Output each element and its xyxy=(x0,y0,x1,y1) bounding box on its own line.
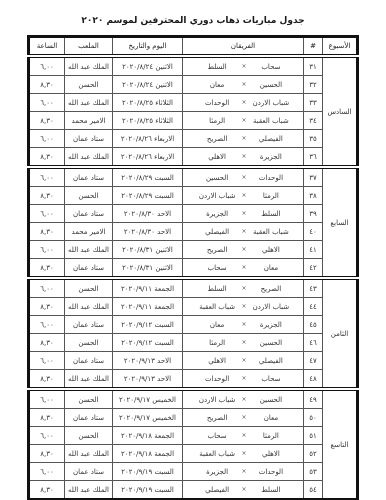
match-time: ٨,٣٠ xyxy=(29,298,65,316)
page-title: جدول مباريات ذهاب دوري المحترفين لموسم ٢… xyxy=(0,16,386,26)
home-team: شباب الاردن xyxy=(249,99,293,107)
match-stadium: ستاد عمان xyxy=(65,316,113,334)
table-row: ٣٩ السلط×الجزيرة الاحد ٢٠٢٠/٨/٣٠ ستاد عم… xyxy=(29,205,358,223)
match-teams: الحسين×شباب الاردن xyxy=(183,389,304,409)
table-row: ٤٦ الحسين×الرمثا السبت ٢٠٢٠/٩/١٢ الحسن ٨… xyxy=(29,334,358,352)
away-team: سحاب xyxy=(195,432,239,440)
header-date: اليوم والتاريخ xyxy=(113,37,183,57)
match-date: السبت ٢٠٢٠/٩/١٢ xyxy=(113,316,183,334)
match-time: ٨,٣٠ xyxy=(29,481,65,500)
match-date: الاربعاء ٢٠٢٠/٨/٢٦ xyxy=(113,148,183,168)
match-teams: شباب العقبة×الفيصلي xyxy=(183,223,304,241)
vs-symbol: × xyxy=(239,99,249,106)
match-stadium: الحسن xyxy=(65,427,113,445)
home-team: الوحدات xyxy=(249,468,293,476)
match-date: الاربعاء ٢٠٢٠/٨/٢٦ xyxy=(113,130,183,148)
match-teams: الرمثا×سحاب xyxy=(183,427,304,445)
home-team: الفيصلي xyxy=(249,357,293,365)
table-row: ٣٤ شباب العقبة×الرمثا الثلاثاء ٢٠٢٠/٨/٢٥… xyxy=(29,112,358,130)
home-team: الحسين xyxy=(249,339,293,347)
match-stadium: ستاد عمان xyxy=(65,130,113,148)
match-teams: السلط×الجزيرة xyxy=(183,205,304,223)
match-time: ٨,٣٠ xyxy=(29,370,65,390)
match-time: ٨,٣٠ xyxy=(29,334,65,352)
match-stadium: الملك عبد الله xyxy=(65,298,113,316)
home-team: السلط xyxy=(249,210,293,218)
match-number: ٣٤ xyxy=(304,112,323,130)
vs-symbol: × xyxy=(239,63,249,70)
table-row: ٣٨ الرمثا×شباب الاردن السبت ٢٠٢٠/٨/٢٩ ال… xyxy=(29,187,358,205)
home-team: الرمثا xyxy=(249,192,293,200)
match-number: ٥٤ xyxy=(304,481,323,500)
vs-symbol: × xyxy=(239,339,249,346)
table-row: ٤٠ شباب العقبة×الفيصلي الاحد ٢٠٢٠/٨/٣٠ ا… xyxy=(29,223,358,241)
vs-symbol: × xyxy=(239,228,249,235)
table-row: ٤٨ سحاب×الوحدات الاحد ٢٠٢٠/٩/١٣ الملك عب… xyxy=(29,370,358,390)
match-teams: الاهلي×الصريح xyxy=(183,241,304,259)
match-time: ٦,٠٠ xyxy=(29,130,65,148)
table-row: ٤٢ معان×سحاب الاثنين ٢٠٢٠/٨/٣١ ستاد عمان… xyxy=(29,259,358,279)
match-stadium: ستاد عمان xyxy=(65,352,113,370)
match-date: الجمعة ٢٠٢٠/٩/١١ xyxy=(113,278,183,298)
away-team: معان xyxy=(195,81,239,89)
away-team: الجزيرة xyxy=(195,468,239,476)
match-teams: الجزيرة×معان xyxy=(183,316,304,334)
match-number: ٤٠ xyxy=(304,223,323,241)
match-stadium: الحسن xyxy=(65,389,113,409)
vs-symbol: × xyxy=(239,135,249,142)
match-number: ٣٨ xyxy=(304,187,323,205)
match-time: ٨,٣٠ xyxy=(29,445,65,463)
match-date: الثلاثاء ٢٠٢٠/٨/٢٥ xyxy=(113,94,183,112)
match-teams: شباب الاردن×شباب العقبة xyxy=(183,298,304,316)
vs-symbol: × xyxy=(239,375,249,382)
match-stadium: الحسن xyxy=(65,278,113,298)
table-row: ٥٠ معان×الصريح الخميس ٢٠٢٠/٩/١٧ ستاد عما… xyxy=(29,409,358,427)
match-stadium: ستاد عمان xyxy=(65,409,113,427)
away-team: شباب الاردن xyxy=(195,192,239,200)
match-teams: سحاب×السلط xyxy=(183,56,304,76)
vs-symbol: × xyxy=(239,192,249,199)
match-time: ٨,٣٠ xyxy=(29,76,65,94)
away-team: الرمثا xyxy=(195,117,239,125)
match-time: ٦,٠٠ xyxy=(29,427,65,445)
away-team: الصريح xyxy=(195,135,239,143)
match-number: ٣٢ xyxy=(304,76,323,94)
match-number: ٤١ xyxy=(304,241,323,259)
week-group-ninth: التاسع ٤٩ الحسين×شباب الاردن الخميس ٢٠٢٠… xyxy=(29,389,358,500)
match-date: الخميس ٢٠٢٠/٩/١٧ xyxy=(113,409,183,427)
header-stadium: الملعب xyxy=(65,37,113,57)
match-time: ٨,٣٠ xyxy=(29,187,65,205)
vs-symbol: × xyxy=(239,450,249,457)
match-time: ٦,٠٠ xyxy=(29,56,65,76)
match-date: الخميس ٢٠٢٠/٩/١٧ xyxy=(113,389,183,409)
match-date: الاحد ٢٠٢٠/٨/٣٠ xyxy=(113,223,183,241)
match-time: ٦,٠٠ xyxy=(29,94,65,112)
match-date: الاحد ٢٠٢٠/٨/٣٠ xyxy=(113,205,183,223)
away-team: شباب العقبة xyxy=(195,450,239,458)
header-time: الساعة xyxy=(29,37,65,57)
week-label: التاسع xyxy=(323,389,358,500)
match-date: السبت ٢٠٢٠/٨/٢٩ xyxy=(113,167,183,187)
away-team: الصريح xyxy=(195,246,239,254)
match-time: ٦,٠٠ xyxy=(29,389,65,409)
match-number: ٤٤ xyxy=(304,298,323,316)
match-date: السبت ٢٠٢٠/٩/١٢ xyxy=(113,334,183,352)
away-team: الصريح xyxy=(195,414,239,422)
match-number: ٣٣ xyxy=(304,94,323,112)
home-team: الحسين xyxy=(249,396,293,404)
vs-symbol: × xyxy=(239,414,249,421)
match-date: السبت ٢٠٢٠/٩/١٩ xyxy=(113,463,183,481)
match-time: ٦,٠٠ xyxy=(29,278,65,298)
match-number: ٤٥ xyxy=(304,316,323,334)
match-stadium: الملك عبد الله xyxy=(65,445,113,463)
match-date: الاحد ٢٠٢٠/٩/١٣ xyxy=(113,370,183,390)
match-time: ٨,٣٠ xyxy=(29,112,65,130)
match-teams: شباب الاردن×الوحدات xyxy=(183,94,304,112)
home-team: شباب العقبة xyxy=(249,228,293,236)
home-team: الجزيرة xyxy=(249,321,293,329)
vs-symbol: × xyxy=(239,357,249,364)
table-row: ٥٢ الاهلي×شباب العقبة الجمعة ٢٠٢٠/٩/١٨ ا… xyxy=(29,445,358,463)
match-teams: الوحدات×الحسين xyxy=(183,167,304,187)
match-teams: الرمثا×شباب الاردن xyxy=(183,187,304,205)
match-time: ٨,٣٠ xyxy=(29,148,65,168)
home-team: الوحدات xyxy=(249,174,293,182)
away-team: الحسين xyxy=(195,174,239,182)
home-team: شباب الاردن xyxy=(249,303,293,311)
away-team: معان xyxy=(195,321,239,329)
header-week: الأسبوع xyxy=(323,37,358,57)
match-time: ٨,٣٠ xyxy=(29,223,65,241)
home-team: معان xyxy=(249,414,293,422)
match-teams: الحسين×معان xyxy=(183,76,304,94)
match-date: الجمعة ٢٠٢٠/٩/١٨ xyxy=(113,427,183,445)
table-row: السادس ٣١ سحاب×السلط الاثنين ٢٠٢٠/٨/٢٤ ا… xyxy=(29,56,358,76)
table-row: ٣٥ الفيصلي×الصريح الاربعاء ٢٠٢٠/٨/٢٦ ستا… xyxy=(29,130,358,148)
match-stadium: الملك عبد الله xyxy=(65,370,113,390)
match-teams: الجزيرة×الاهلي xyxy=(183,148,304,168)
match-number: ٥٠ xyxy=(304,409,323,427)
table-row: السابع ٣٧ الوحدات×الحسين السبت ٢٠٢٠/٨/٢٩… xyxy=(29,167,358,187)
match-number: ٥٢ xyxy=(304,445,323,463)
header-number: # xyxy=(304,37,323,57)
home-team: سحاب xyxy=(249,375,293,383)
match-number: ٤٨ xyxy=(304,370,323,390)
vs-symbol: × xyxy=(239,321,249,328)
week-label: السابع xyxy=(323,167,358,278)
away-team: شباب العقبة xyxy=(195,303,239,311)
table-row: ٣٦ الجزيرة×الاهلي الاربعاء ٢٠٢٠/٨/٢٦ الم… xyxy=(29,148,358,168)
vs-symbol: × xyxy=(239,174,249,181)
home-team: السلط xyxy=(249,486,293,494)
match-teams: الصريح×السلط xyxy=(183,278,304,298)
match-date: الاثنين ٢٠٢٠/٨/٢٤ xyxy=(113,56,183,76)
match-teams: الوحدات×الجزيرة xyxy=(183,463,304,481)
home-team: الرمثا xyxy=(249,432,293,440)
table-row: التاسع ٤٩ الحسين×شباب الاردن الخميس ٢٠٢٠… xyxy=(29,389,358,409)
away-team: الوحدات xyxy=(195,375,239,383)
week-label: السادس xyxy=(323,56,358,167)
match-teams: الفيصلي×الصريح xyxy=(183,130,304,148)
vs-symbol: × xyxy=(239,264,249,271)
match-stadium: الملك عبد الله xyxy=(65,241,113,259)
match-number: ٤٢ xyxy=(304,259,323,279)
home-team: الاهلي xyxy=(249,450,293,458)
match-number: ٤٦ xyxy=(304,334,323,352)
vs-symbol: × xyxy=(239,246,249,253)
away-team: الاهلي xyxy=(195,153,239,161)
match-stadium: ستاد عمان xyxy=(65,259,113,279)
home-team: الحسين xyxy=(249,81,293,89)
home-team: الجزيرة xyxy=(249,153,293,161)
match-date: الثلاثاء ٢٠٢٠/٨/٢٥ xyxy=(113,112,183,130)
match-teams: السلط×الفيصلي xyxy=(183,481,304,500)
header-teams: الفريقان xyxy=(183,37,304,57)
match-teams: معان×سحاب xyxy=(183,259,304,279)
home-team: معان xyxy=(249,264,293,272)
vs-symbol: × xyxy=(239,117,249,124)
away-team: شباب الاردن xyxy=(195,396,239,404)
home-team: سحاب xyxy=(249,63,293,71)
match-date: السبت ٢٠٢٠/٩/١٩ xyxy=(113,481,183,500)
vs-symbol: × xyxy=(239,153,249,160)
table-row: ٤٧ الفيصلي×الاهلي الاحد ٢٠٢٠/٩/١٣ ستاد ع… xyxy=(29,352,358,370)
vs-symbol: × xyxy=(239,210,249,217)
away-team: الاهلي xyxy=(195,357,239,365)
match-number: ٤٩ xyxy=(304,389,323,409)
match-teams: معان×الصريح xyxy=(183,409,304,427)
home-team: الاهلي xyxy=(249,246,293,254)
match-date: الاثنين ٢٠٢٠/٨/٣١ xyxy=(113,259,183,279)
table-row: ٥٤ السلط×الفيصلي السبت ٢٠٢٠/٩/١٩ الملك ع… xyxy=(29,481,358,500)
match-time: ٦,٠٠ xyxy=(29,205,65,223)
match-stadium: الملك عبد الله xyxy=(65,481,113,500)
match-stadium: الامير محمد xyxy=(65,223,113,241)
match-number: ٣٦ xyxy=(304,148,323,168)
table-row: ٣٣ شباب الاردن×الوحدات الثلاثاء ٢٠٢٠/٨/٢… xyxy=(29,94,358,112)
away-team: سحاب xyxy=(195,264,239,272)
week-group-seventh: السابع ٣٧ الوحدات×الحسين السبت ٢٠٢٠/٨/٢٩… xyxy=(29,167,358,278)
vs-symbol: × xyxy=(239,432,249,439)
vs-symbol: × xyxy=(239,303,249,310)
table-row: ٤٤ شباب الاردن×شباب العقبة الجمعة ٢٠٢٠/٩… xyxy=(29,298,358,316)
match-teams: الفيصلي×الاهلي xyxy=(183,352,304,370)
away-team: الرمثا xyxy=(195,339,239,347)
match-time: ٦,٠٠ xyxy=(29,167,65,187)
away-team: السلط xyxy=(195,285,239,293)
match-number: ٥٣ xyxy=(304,463,323,481)
vs-symbol: × xyxy=(239,81,249,88)
away-team: الفيصلي xyxy=(195,228,239,236)
match-stadium: ستاد عمان xyxy=(65,167,113,187)
match-stadium: الملك عبد الله xyxy=(65,94,113,112)
match-stadium: الحسن xyxy=(65,334,113,352)
match-number: ٣٩ xyxy=(304,205,323,223)
match-date: الاحد ٢٠٢٠/٩/١٣ xyxy=(113,352,183,370)
match-stadium: الامير محمد xyxy=(65,112,113,130)
match-number: ٣١ xyxy=(304,56,323,76)
match-stadium: ستاد عمان xyxy=(65,205,113,223)
match-date: الجمعة ٢٠٢٠/٩/١١ xyxy=(113,298,183,316)
match-date: الاثنين ٢٠٢٠/٨/٢٤ xyxy=(113,76,183,94)
vs-symbol: × xyxy=(239,468,249,475)
away-team: الفيصلي xyxy=(195,486,239,494)
match-number: ٣٧ xyxy=(304,167,323,187)
match-date: السبت ٢٠٢٠/٨/٢٩ xyxy=(113,187,183,205)
match-teams: الاهلي×شباب العقبة xyxy=(183,445,304,463)
table-row: ٤٥ الجزيرة×معان السبت ٢٠٢٠/٩/١٢ ستاد عما… xyxy=(29,316,358,334)
match-teams: سحاب×الوحدات xyxy=(183,370,304,390)
home-team: الفيصلي xyxy=(249,135,293,143)
table-row: ٣٢ الحسين×معان الاثنين ٢٠٢٠/٨/٢٤ الحسن ٨… xyxy=(29,76,358,94)
match-stadium: الحسن xyxy=(65,76,113,94)
match-time: ٦,٠٠ xyxy=(29,352,65,370)
away-team: الوحدات xyxy=(195,99,239,107)
match-schedule-table: الأسبوع # الفريقان اليوم والتاريخ الملعب… xyxy=(27,35,359,500)
vs-symbol: × xyxy=(239,285,249,292)
table-row: الثامن ٤٣ الصريح×السلط الجمعة ٢٠٢٠/٩/١١ … xyxy=(29,278,358,298)
match-time: ٦,٠٠ xyxy=(29,316,65,334)
match-stadium: الملك عبد الله xyxy=(65,148,113,168)
table-row: ٥١ الرمثا×سحاب الجمعة ٢٠٢٠/٩/١٨ الحسن ٦,… xyxy=(29,427,358,445)
match-number: ٣٥ xyxy=(304,130,323,148)
match-time: ٦,٠٠ xyxy=(29,463,65,481)
table-header-row: الأسبوع # الفريقان اليوم والتاريخ الملعب… xyxy=(29,37,358,57)
match-date: الجمعة ٢٠٢٠/٩/١٨ xyxy=(113,445,183,463)
match-time: ٦,٠٠ xyxy=(29,241,65,259)
match-time: ٨,٣٠ xyxy=(29,259,65,279)
match-stadium: الملك عبد الله xyxy=(65,56,113,76)
match-teams: الحسين×الرمثا xyxy=(183,334,304,352)
away-team: السلط xyxy=(195,63,239,71)
match-date: الاثنين ٢٠٢٠/٨/٣١ xyxy=(113,241,183,259)
match-teams: شباب العقبة×الرمثا xyxy=(183,112,304,130)
vs-symbol: × xyxy=(239,486,249,493)
week-label: الثامن xyxy=(323,278,358,389)
match-stadium: ستاد عمان xyxy=(65,463,113,481)
match-stadium: الحسن xyxy=(65,187,113,205)
match-number: ٤٧ xyxy=(304,352,323,370)
match-number: ٤٣ xyxy=(304,278,323,298)
vs-symbol: × xyxy=(239,396,249,403)
week-group-sixth: السادس ٣١ سحاب×السلط الاثنين ٢٠٢٠/٨/٢٤ ا… xyxy=(29,56,358,167)
match-time: ٨,٣٠ xyxy=(29,409,65,427)
home-team: الصريح xyxy=(249,285,293,293)
week-group-eighth: الثامن ٤٣ الصريح×السلط الجمعة ٢٠٢٠/٩/١١ … xyxy=(29,278,358,389)
table-row: ٤١ الاهلي×الصريح الاثنين ٢٠٢٠/٨/٣١ الملك… xyxy=(29,241,358,259)
match-number: ٥١ xyxy=(304,427,323,445)
away-team: الجزيرة xyxy=(195,210,239,218)
home-team: شباب العقبة xyxy=(249,117,293,125)
table-row: ٥٣ الوحدات×الجزيرة السبت ٢٠٢٠/٩/١٩ ستاد … xyxy=(29,463,358,481)
